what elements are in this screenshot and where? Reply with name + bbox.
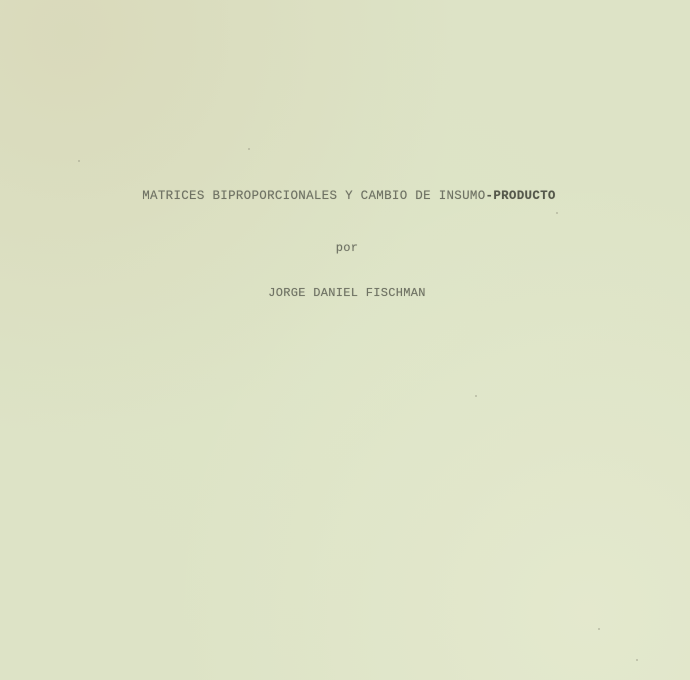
paper-speck <box>78 160 80 162</box>
byline: por <box>0 241 690 255</box>
paper-speck <box>556 212 558 214</box>
title-tail: -PRODUCTO <box>486 189 556 203</box>
document-page: MATRICES BIPROPORCIONALES Y CAMBIO DE IN… <box>0 0 690 680</box>
paper-speck <box>475 395 477 397</box>
paper-speck <box>636 659 638 661</box>
title-main: MATRICES BIPROPORCIONALES Y CAMBIO DE IN… <box>142 189 485 203</box>
author-name: JORGE DANIEL FISCHMAN <box>0 286 690 300</box>
paper-speck <box>248 148 250 150</box>
paper-speck <box>598 628 600 630</box>
document-title: MATRICES BIPROPORCIONALES Y CAMBIO DE IN… <box>0 189 690 203</box>
